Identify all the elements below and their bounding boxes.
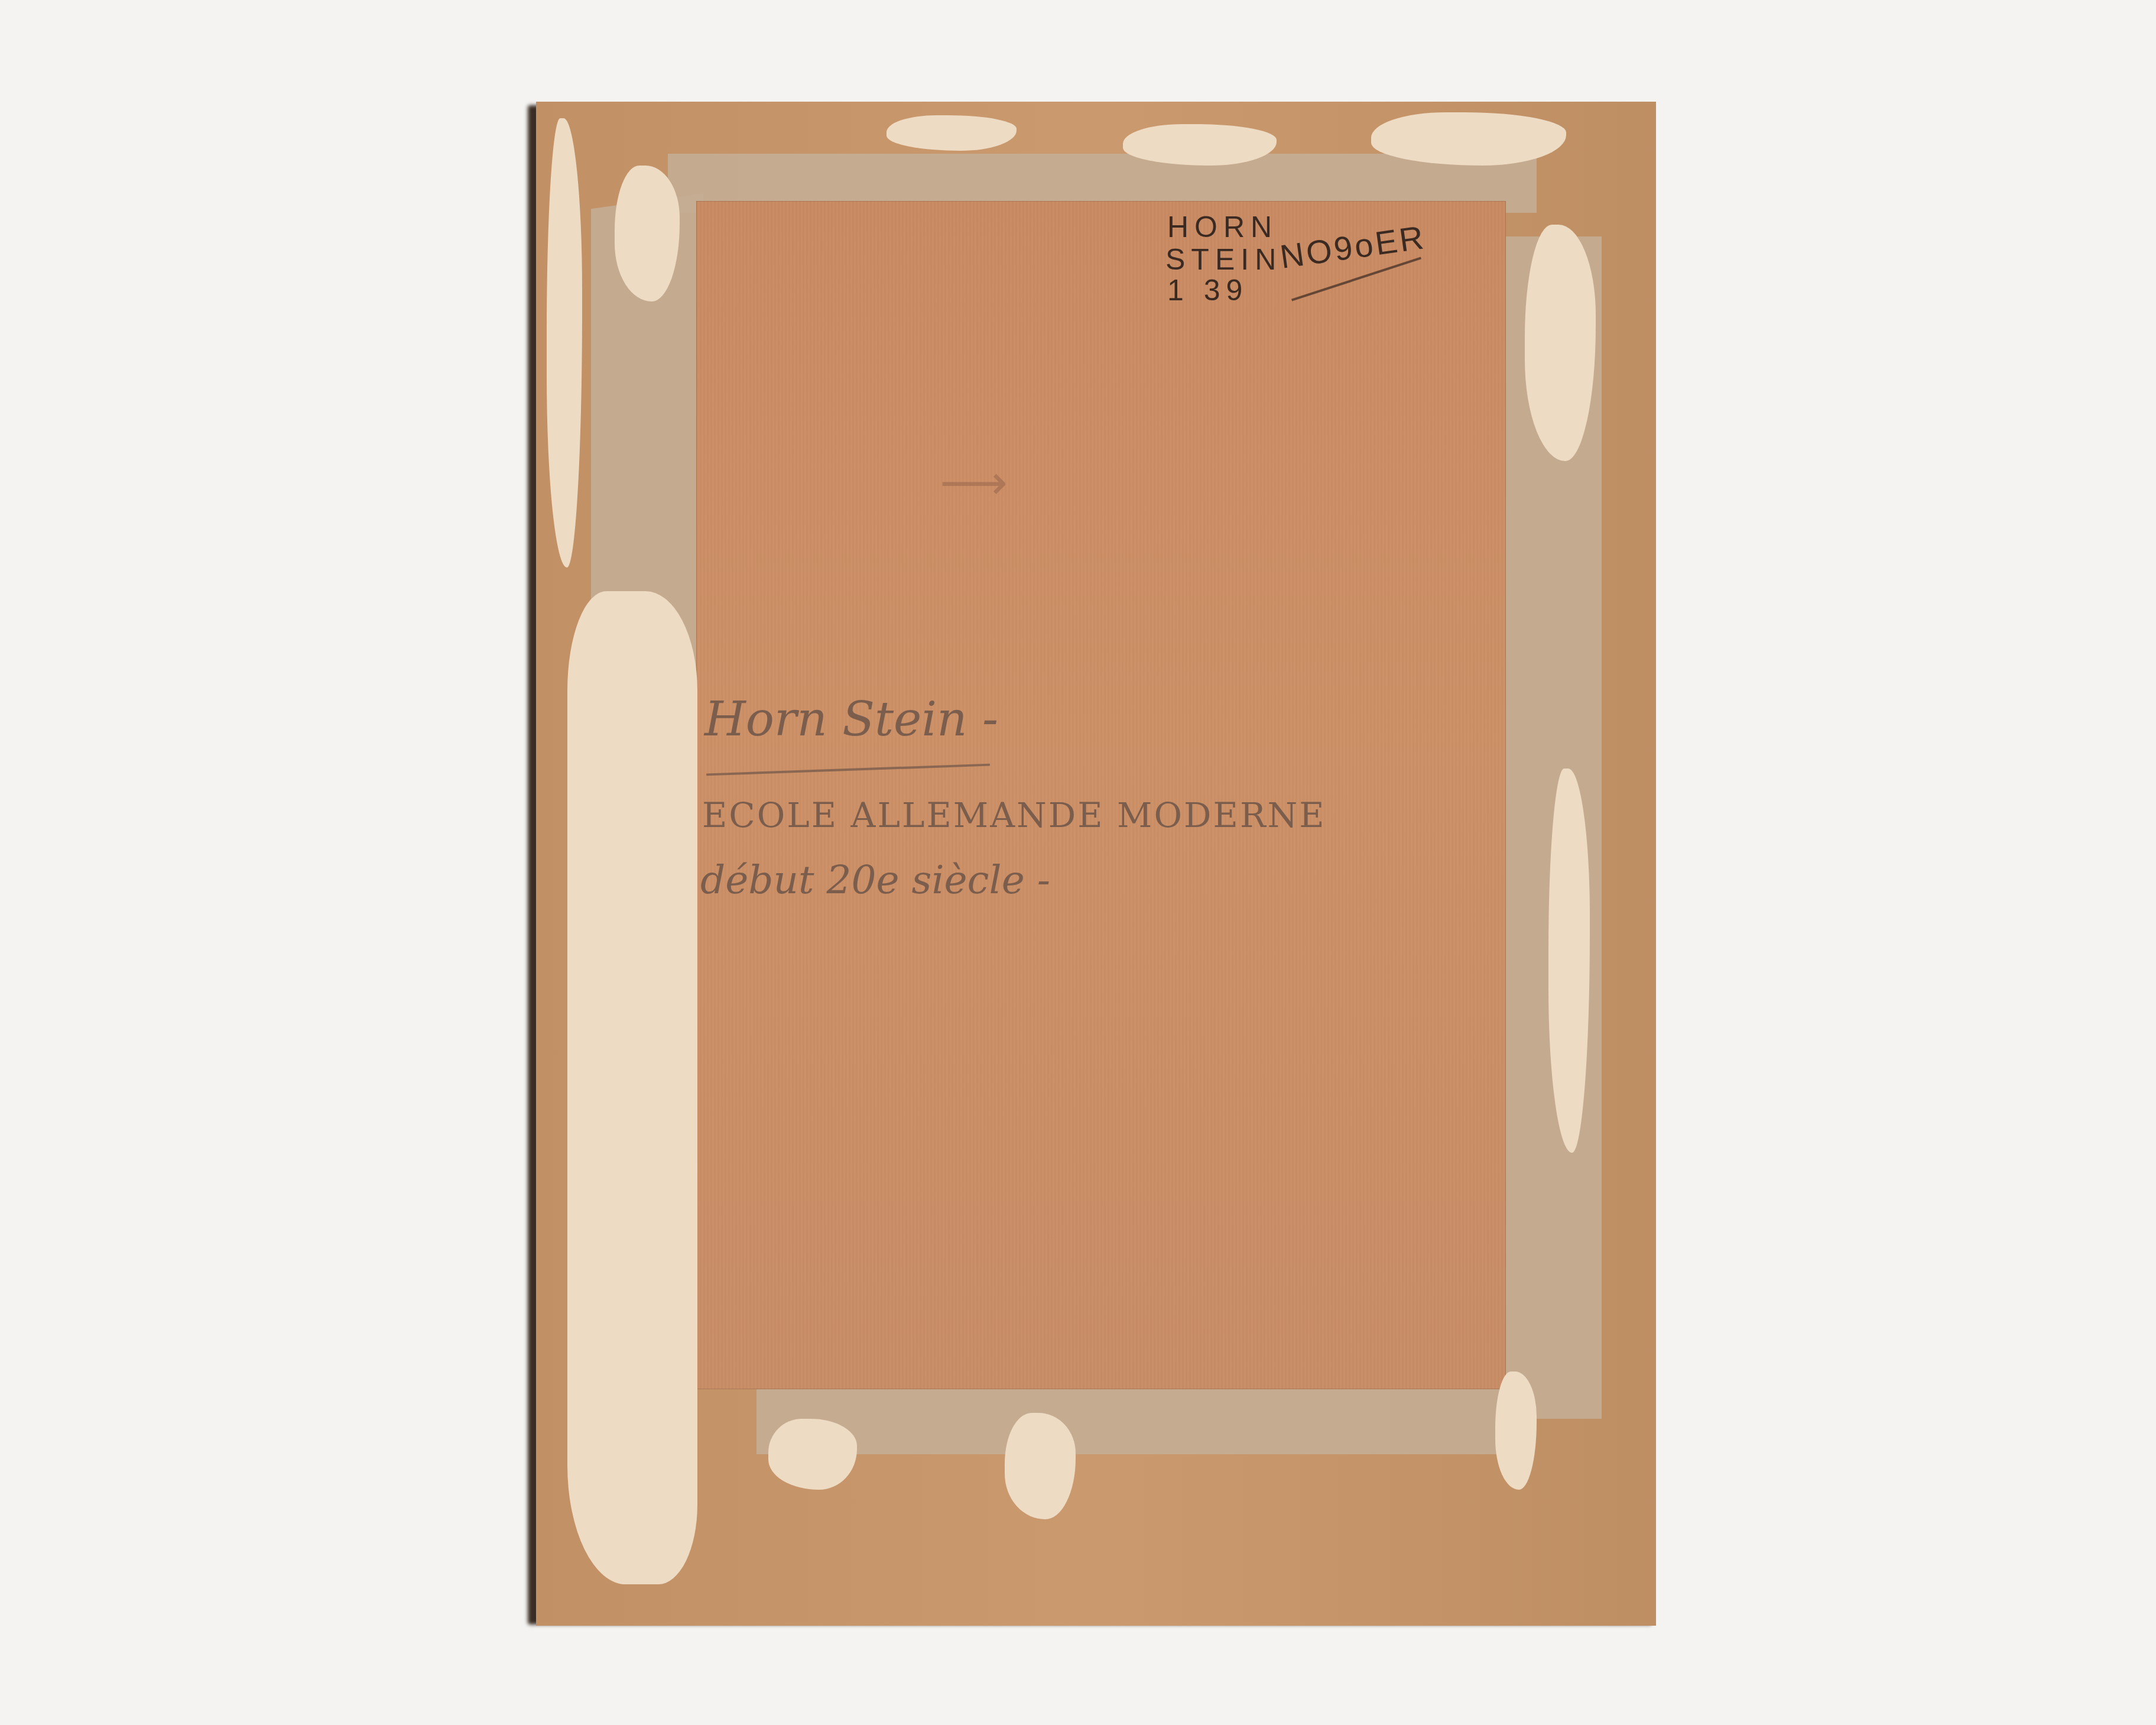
inscription-school: ECOLE ALLEMANDE MODERNE	[702, 795, 1326, 835]
inscription-artist-name: Horn Stein -	[704, 692, 998, 747]
peel-left-edge	[547, 118, 582, 568]
inscription-stein: STEIN	[1165, 242, 1282, 277]
peel-right-2	[1548, 769, 1590, 1153]
peel-top-2	[1123, 124, 1277, 166]
tape-bottom	[756, 1383, 1525, 1454]
arrow-mark: ⟶	[940, 455, 1008, 510]
inscription-horn: HORN	[1167, 210, 1278, 244]
peel-bottom-3	[1495, 1371, 1537, 1490]
inscription-number: 1 39	[1167, 273, 1248, 307]
peel-left-large	[567, 591, 697, 1584]
peel-top-left	[615, 166, 680, 301]
peel-bottom-1	[768, 1419, 857, 1490]
peel-right-1	[1525, 225, 1596, 461]
peel-top-3	[1371, 112, 1566, 166]
peel-top-1	[887, 115, 1017, 151]
inscription-period: début 20e siècle -	[700, 857, 1050, 903]
peel-bottom-2	[1005, 1413, 1076, 1519]
